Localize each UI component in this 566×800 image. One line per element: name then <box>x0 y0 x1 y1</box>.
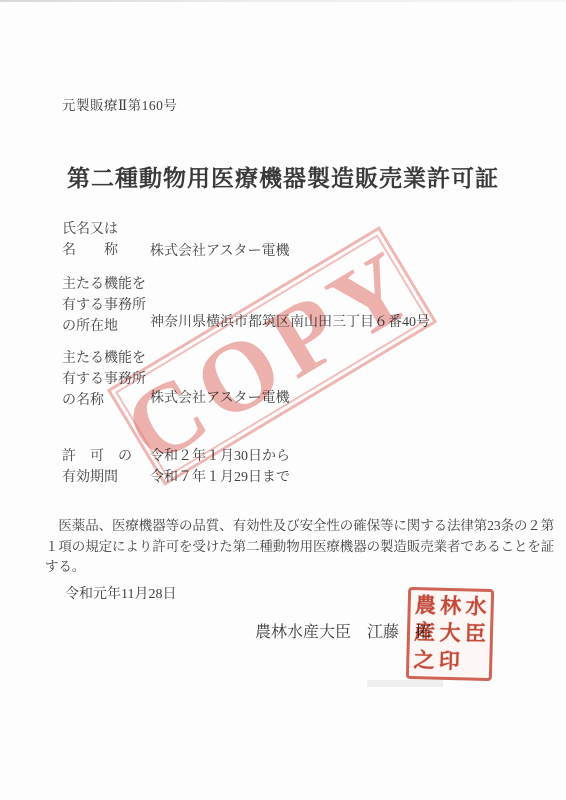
field-value-address: 神奈川県横浜市都筑区南山田三丁目６番40号 <box>150 312 430 333</box>
validity-start-date: 令和２年１月30日から <box>150 446 290 467</box>
copy-watermark-inner-border <box>115 234 429 477</box>
field-label-line: 有する事務所 <box>62 295 146 316</box>
seal-character: 印 <box>438 651 460 673</box>
field-value-validity: 令和２年１月30日から 令和７年１月29日まで <box>150 446 290 488</box>
certificate-title: 第二種動物用医療機器製造販売業許可証 <box>0 160 566 193</box>
field-label-line: 有効期間 <box>62 467 132 488</box>
field-label-line: 氏名又は <box>62 219 118 240</box>
copy-watermark-text: COPY <box>109 231 434 481</box>
field-label-line: の名称 <box>62 390 146 411</box>
seal-character: 水 <box>465 597 487 619</box>
seal-character: 大 <box>439 623 461 645</box>
official-seal: 農 林 水 産 大 臣 之 印 <box>406 587 494 681</box>
scan-edge-line <box>0 0 566 2</box>
field-label-address: 主たる機能を 有する事務所 の所在地 <box>62 274 146 337</box>
validity-end-date: 令和７年１月29日まで <box>150 467 290 488</box>
minister-title: 農林水産大臣 <box>255 619 351 642</box>
field-label-validity: 許 可 の 有効期間 <box>62 446 132 488</box>
minister-signature: 農林水産大臣 江藤 拓 <box>255 619 431 642</box>
certificate-page: 元製販療Ⅱ第160号 第二種動物用医療機器製造販売業許可証 氏名又は 名 称 株… <box>0 0 566 800</box>
issue-date: 令和元年11月28日 <box>65 583 176 603</box>
seal-character: 産 <box>414 623 436 645</box>
field-label-line: 有する事務所 <box>62 369 146 390</box>
seal-character: 農 <box>415 595 437 617</box>
field-label-line: 名 称 <box>62 240 118 261</box>
certification-paragraph: 医薬品、医療機器等の品質、有効性及び安全性の確保等に関する法律第23条の２第１項… <box>45 516 566 578</box>
document-number: 元製販療Ⅱ第160号 <box>62 94 177 114</box>
seal-character: 之 <box>413 650 435 672</box>
seal-character: 林 <box>440 596 462 618</box>
field-label-office-name: 主たる機能を 有する事務所 の名称 <box>62 348 146 411</box>
seal-character: 臣 <box>465 624 487 646</box>
scan-artifact <box>367 680 443 687</box>
field-label-line: 許 可 の <box>62 446 132 467</box>
field-label-line: 主たる機能を <box>62 348 146 369</box>
field-value-name: 株式会社アスター電機 <box>150 241 289 262</box>
field-value-office-name: 株式会社アスター電機 <box>150 388 289 409</box>
field-label-line: の所在地 <box>62 316 146 337</box>
field-label-line: 主たる機能を <box>62 274 146 295</box>
field-label-name: 氏名又は 名 称 <box>62 219 118 261</box>
